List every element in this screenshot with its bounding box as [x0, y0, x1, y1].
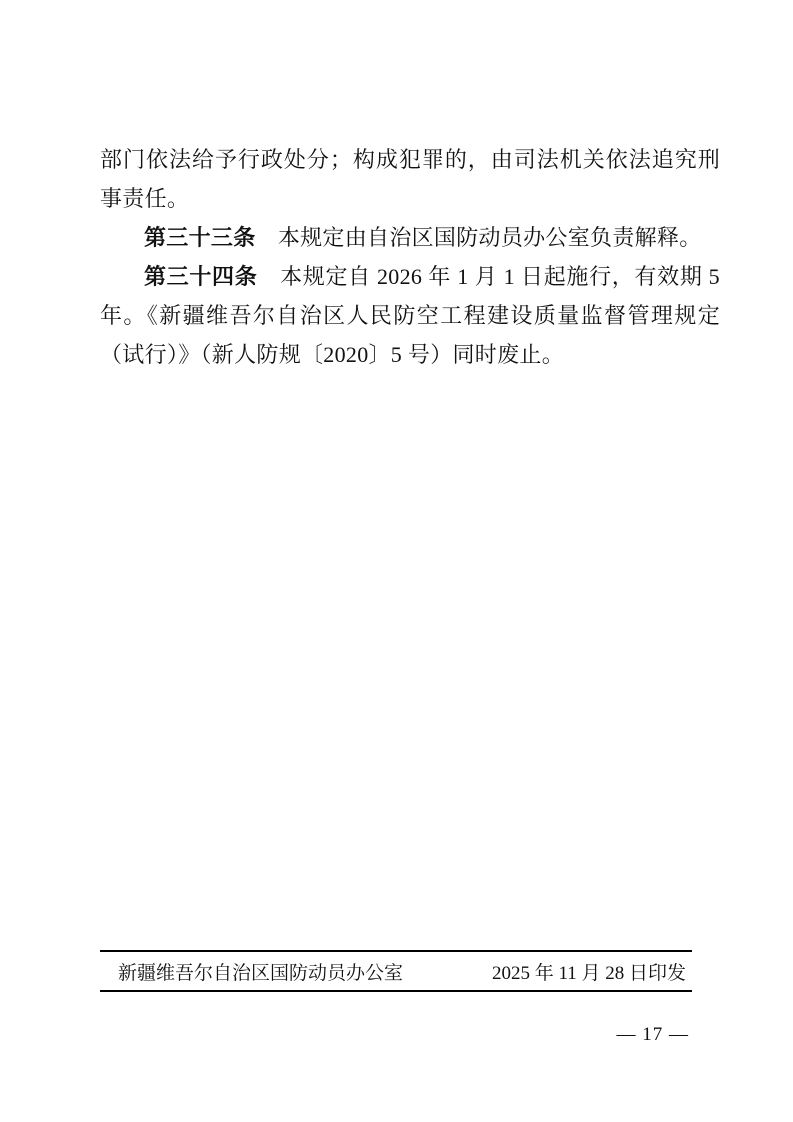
paragraph-text: 部门依法给予行政处分；构成犯罪的，由司法机关依法追究刑事责任。: [100, 147, 720, 211]
page-number: — 17 —: [617, 1024, 690, 1046]
paragraph: 第三十三条 本规定由自治区国防动员办公室负责解释。: [100, 218, 720, 257]
article-number: 第三十三条: [144, 225, 256, 250]
issuer-name: 新疆维吾尔自治区国防动员办公室: [118, 958, 403, 985]
document-page: 部门依法给予行政处分；构成犯罪的，由司法机关依法追究刑事责任。第三十三条 本规定…: [0, 0, 793, 1122]
colophon-bar: 新疆维吾尔自治区国防动员办公室 2025 年 11 月 28 日印发: [100, 950, 692, 992]
print-date: 2025 年 11 月 28 日印发: [492, 958, 686, 985]
paragraph: 第三十四条 本规定自 2026 年 1 月 1 日起施行，有效期 5 年。《新疆…: [100, 257, 720, 374]
paragraph-text: 本规定由自治区国防动员办公室负责解释。: [256, 225, 702, 250]
paragraph: 部门依法给予行政处分；构成犯罪的，由司法机关依法追究刑事责任。: [100, 140, 720, 218]
document-body: 部门依法给予行政处分；构成犯罪的，由司法机关依法追究刑事责任。第三十三条 本规定…: [100, 140, 720, 374]
article-number: 第三十四条: [144, 264, 257, 289]
